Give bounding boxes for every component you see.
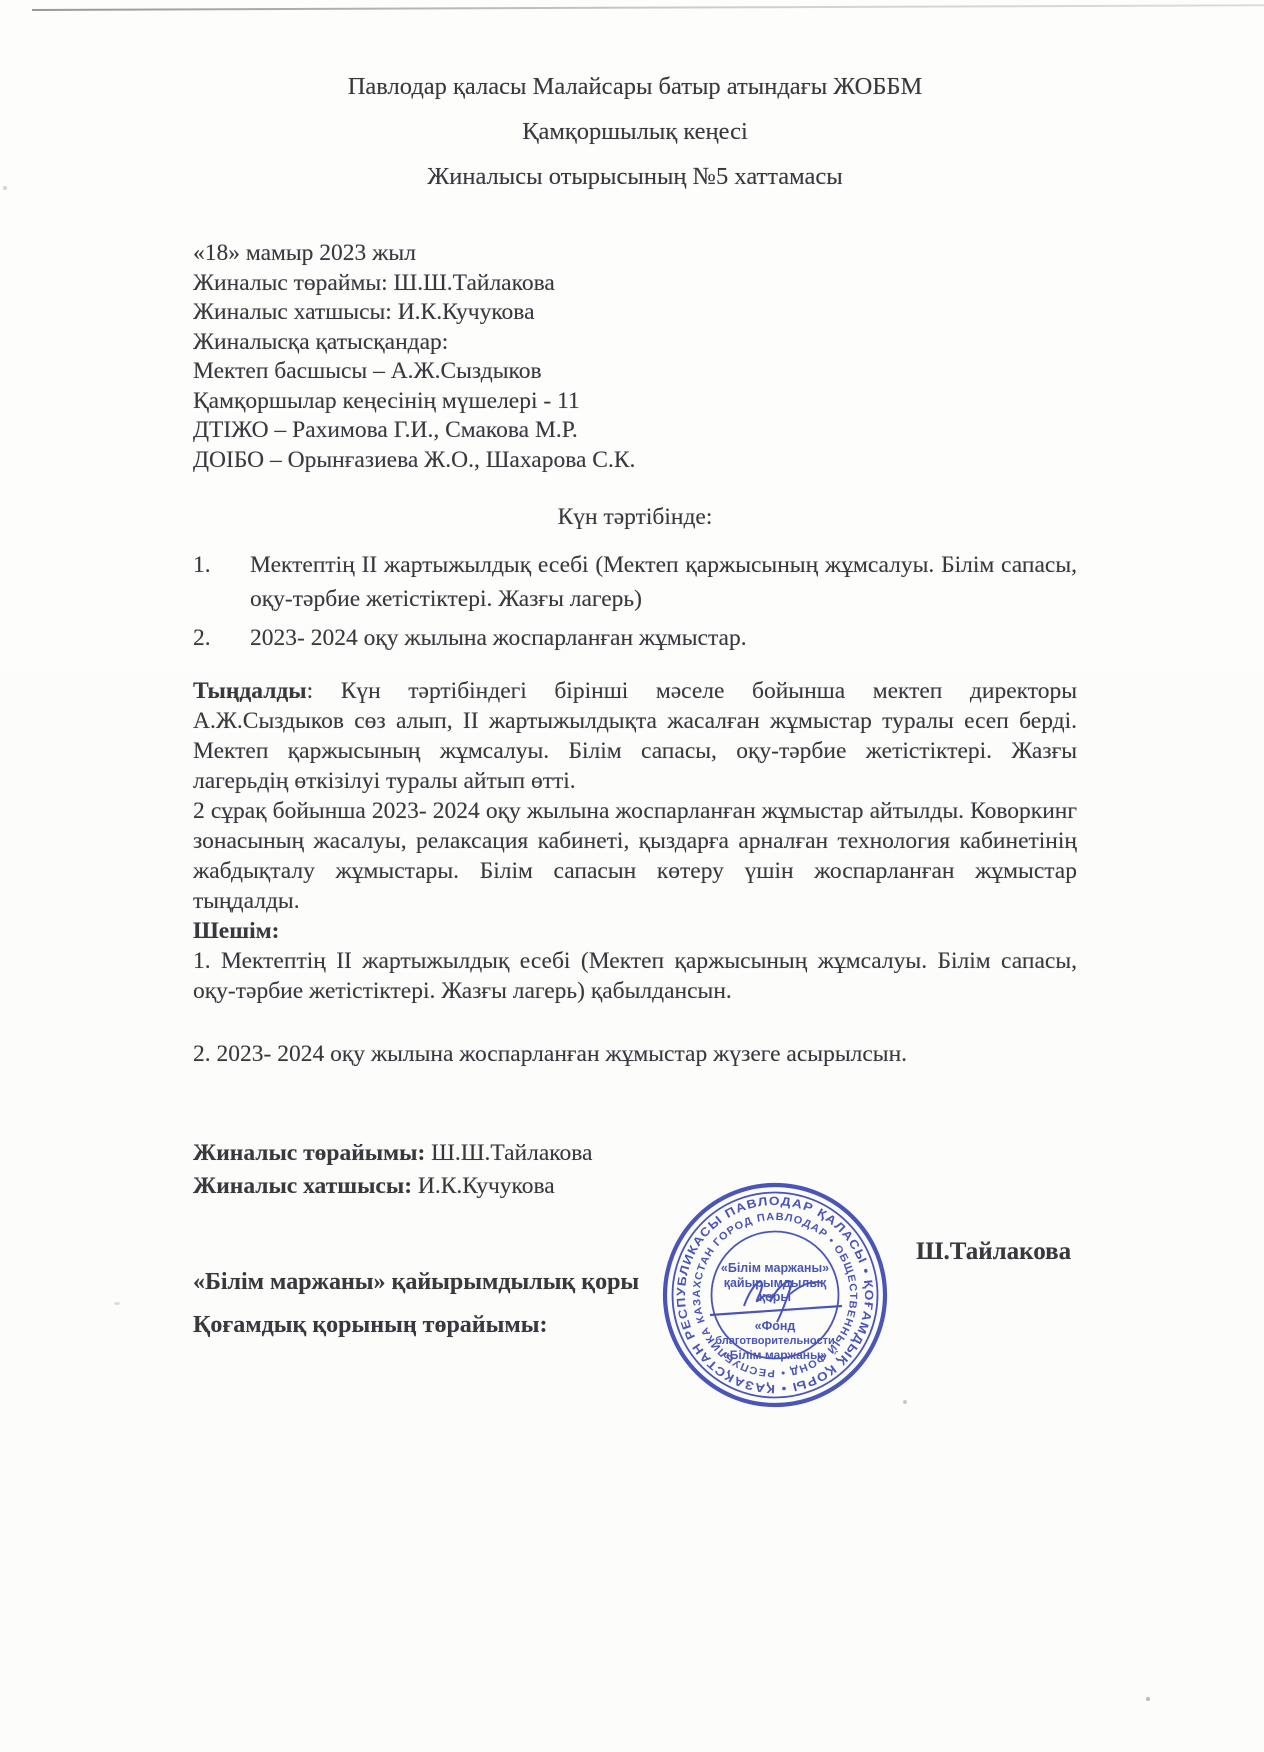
title-line-protocol: Жиналысы отырысының №5 хаттамасы [193,154,1077,199]
title-line-council: Қамқоршылық кеңесі [193,109,1077,154]
stamp-center-line: «Фонд [755,1319,796,1333]
participant-school-head: Мектеп басшысы – А.Ж.Сыздыков [193,357,1077,387]
fund-chair-line: Қоғамдық қорының төрайымы: [193,1304,1077,1347]
agenda-item: 1. Мектептің ІІ жартыжылдық есебі (Мекте… [193,548,1077,616]
scan-speck [1146,1697,1150,1701]
document-body: Павлодар қаласы Малайсары батыр атындағы… [193,64,1077,1347]
participant-dtizho: ДТІЖО – Рахимова Г.И., Смакова М.Р. [193,416,1077,446]
signature-secretary-label: Жиналыс хатшысы: [193,1173,412,1199]
signature-block: Жиналыс төрайымы: Ш.Ш.Тайлакова Жиналыс … [193,1137,1077,1203]
meeting-meta-block: «18» мамыр 2023 жыл Жиналыс төраймы: Ш.Ш… [193,239,1077,475]
second-question-paragraph: 2 сұрақ бойынша 2023- 2024 оқу жылына жо… [193,796,1077,916]
fund-block: «Білім маржаны» қайырымдылық қоры Қоғамд… [193,1261,1077,1347]
agenda-list: 1. Мектептің ІІ жартыжылдық есебі (Мекте… [193,548,1077,655]
scan-speck [903,1400,907,1404]
participant-doibo: ДОІБО – Орынғазиева Ж.О., Шахарова С.К. [193,446,1077,476]
round-stamp: ҚАЗАҚСТАН РЕСПУБЛИКАСЫ ПАВЛОДАР ҚАЛАСЫ •… [662,1182,888,1408]
agenda-item-number: 2. [193,621,250,655]
decision-item: 1. Мектептің ІІ жартыжылдық есебі (Мекте… [193,946,1077,1006]
heard-body-text: : Күн тәртібіндегі бірінші мәселе бойынш… [193,678,1077,794]
participant-council-members: Қамқоршылар кеңесінің мүшелері - 11 [193,387,1077,417]
meeting-chair: Жиналыс төраймы: Ш.Ш.Тайлакова [193,269,1077,299]
scanned-document-page: Павлодар қаласы Малайсары батыр атындағы… [0,0,1264,1752]
signature-secretary-name: И.К.Кучукова [412,1173,555,1199]
agenda-item-number: 1. [193,548,250,616]
scan-artifact-line [32,4,1264,11]
scan-speck [3,186,7,190]
signature-row: Жиналыс төрайымы: Ш.Ш.Тайлакова [193,1137,1077,1170]
title-line-school: Павлодар қаласы Малайсары батыр атындағы… [193,64,1077,109]
signature-chair-label: Жиналыс төрайымы: [193,1140,425,1166]
stamp-center-line: «Білім маржаны» [723,1348,827,1362]
agenda-item: 2. 2023- 2024 оқу жылына жоспарланған жұ… [193,621,1077,655]
agenda-item-text: 2023- 2024 оқу жылына жоспарланған жұмыс… [250,621,1077,655]
scan-speck [114,1302,120,1305]
decision-heading: Шешім: [193,916,1077,946]
stamp-center-line: «Білім маржаны» [721,1261,829,1275]
decision-item: 2. 2023- 2024 оқу жылына жоспарланған жұ… [193,1039,1077,1069]
fund-name-line: «Білім маржаны» қайырымдылық қоры [193,1261,1077,1304]
stamp-center-line: благотворительности [715,1335,834,1347]
agenda-heading: Күн тәртібінде: [193,502,1077,532]
meeting-date: «18» мамыр 2023 жыл [193,239,1077,269]
meeting-participants-label: Жиналысқа қатысқандар: [193,328,1077,358]
fund-signer-name: Ш.Тайлакова [916,1238,1071,1266]
stamp-seal-icon: ҚАЗАҚСТАН РЕСПУБЛИКАСЫ ПАВЛОДАР ҚАЛАСЫ •… [662,1182,888,1408]
meeting-secretary: Жиналыс хатшысы: И.К.Кучукова [193,298,1077,328]
agenda-item-text: Мектептің ІІ жартыжылдық есебі (Мектеп қ… [250,548,1077,616]
signature-chair-name: Ш.Ш.Тайлакова [425,1140,592,1166]
heard-paragraph: Тыңдалды: Күн тәртібіндегі бірінші мәсел… [193,676,1077,796]
heard-lead-label: Тыңдалды [193,678,307,704]
document-title-block: Павлодар қаласы Малайсары батыр атындағы… [193,64,1077,199]
signature-row: Жиналыс хатшысы: И.К.Кучукова [193,1170,1077,1203]
